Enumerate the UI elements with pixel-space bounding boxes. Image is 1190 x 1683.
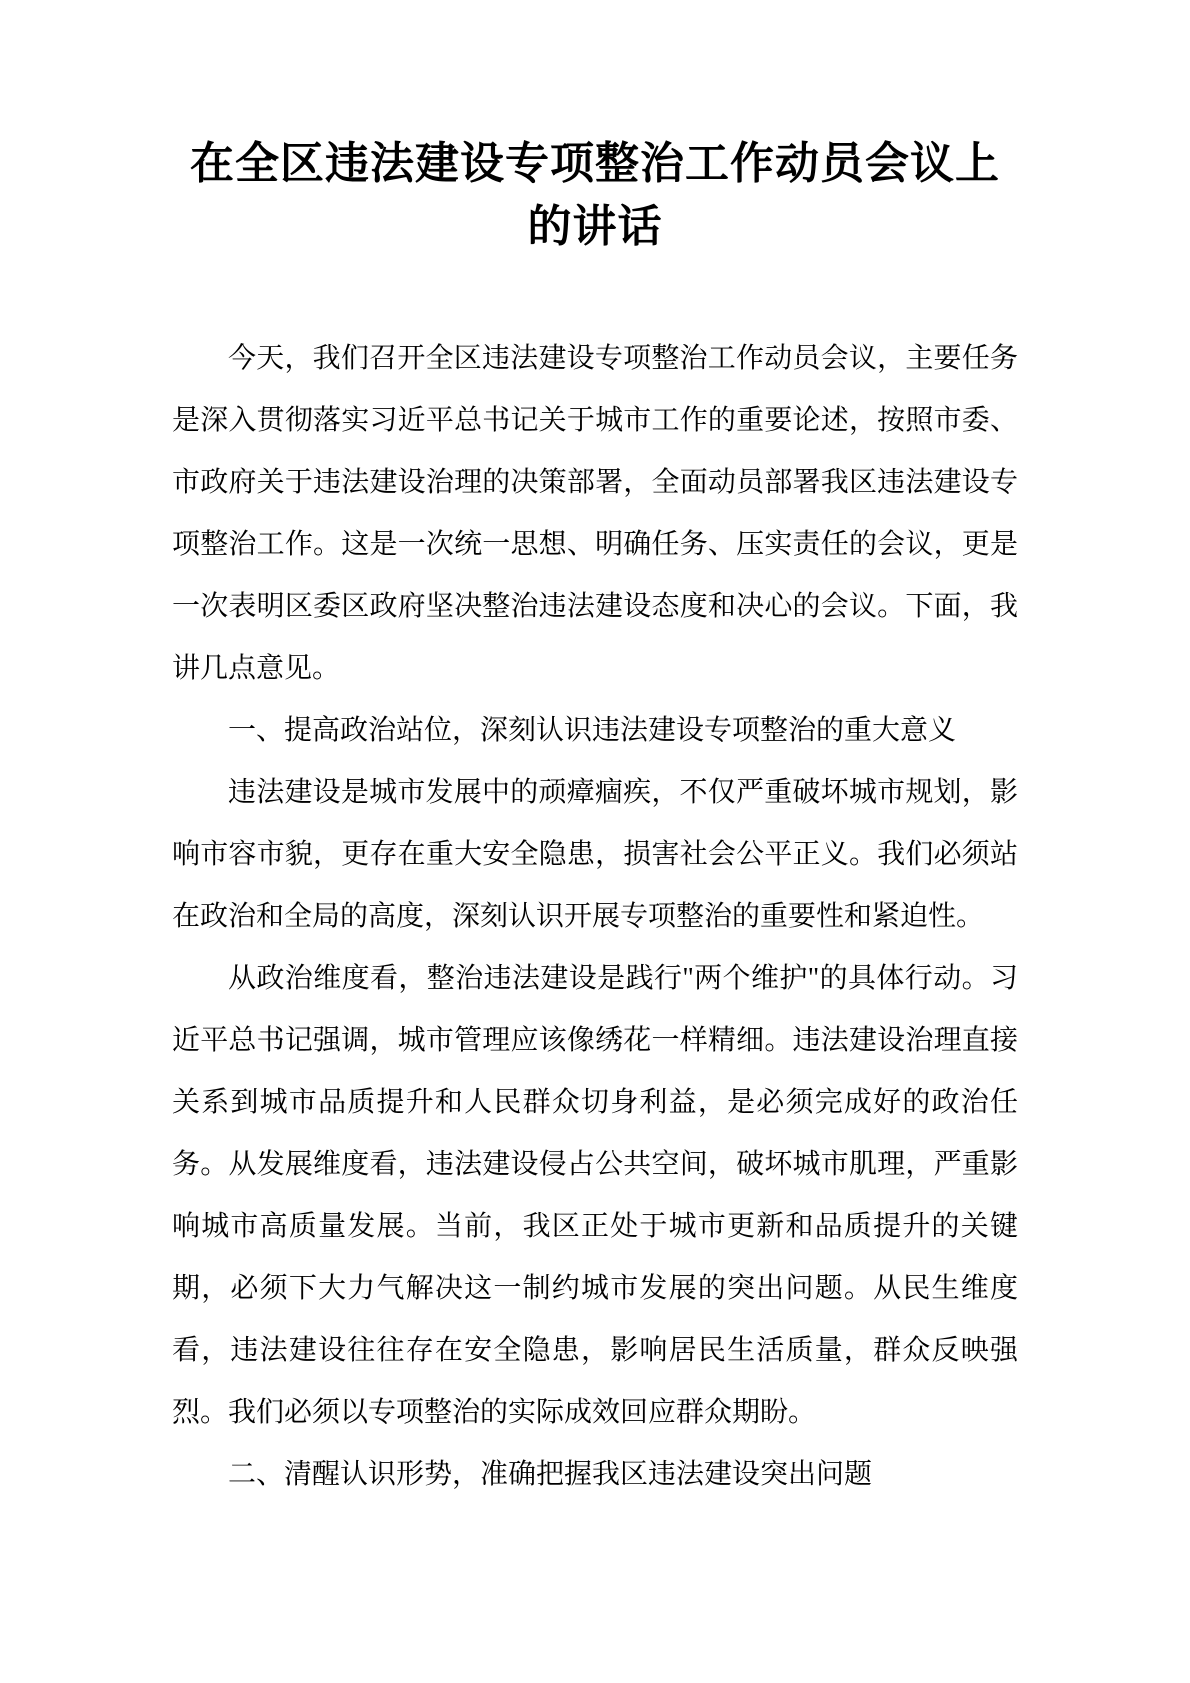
paragraph-section1-overview: 违法建设是城市发展中的顽瘴痼疾，不仅严重破坏城市规划，影响市容市貌，更存在重大安… <box>172 762 1018 948</box>
document-title: 在全区违法建设专项整治工作动员会议上的讲话 <box>185 132 1005 258</box>
paragraph-section1-dimensions: 从政治维度看，整治违法建设是践行"两个维护"的具体行动。习近平总书记强调，城市管… <box>172 948 1018 1444</box>
section-heading-2: 二、清醒认识形势，准确把握我区违法建设突出问题 <box>172 1444 1018 1506</box>
paragraph-intro: 今天，我们召开全区违法建设专项整治工作动员会议，主要任务是深入贯彻落实习近平总书… <box>172 328 1018 700</box>
section-heading-1: 一、提高政治站位，深刻认识违法建设专项整治的重大意义 <box>172 700 1018 762</box>
document-body: 今天，我们召开全区违法建设专项整治工作动员会议，主要任务是深入贯彻落实习近平总书… <box>0 328 1190 1506</box>
document-page: 在全区违法建设专项整治工作动员会议上的讲话 今天，我们召开全区违法建设专项整治工… <box>0 0 1190 1683</box>
